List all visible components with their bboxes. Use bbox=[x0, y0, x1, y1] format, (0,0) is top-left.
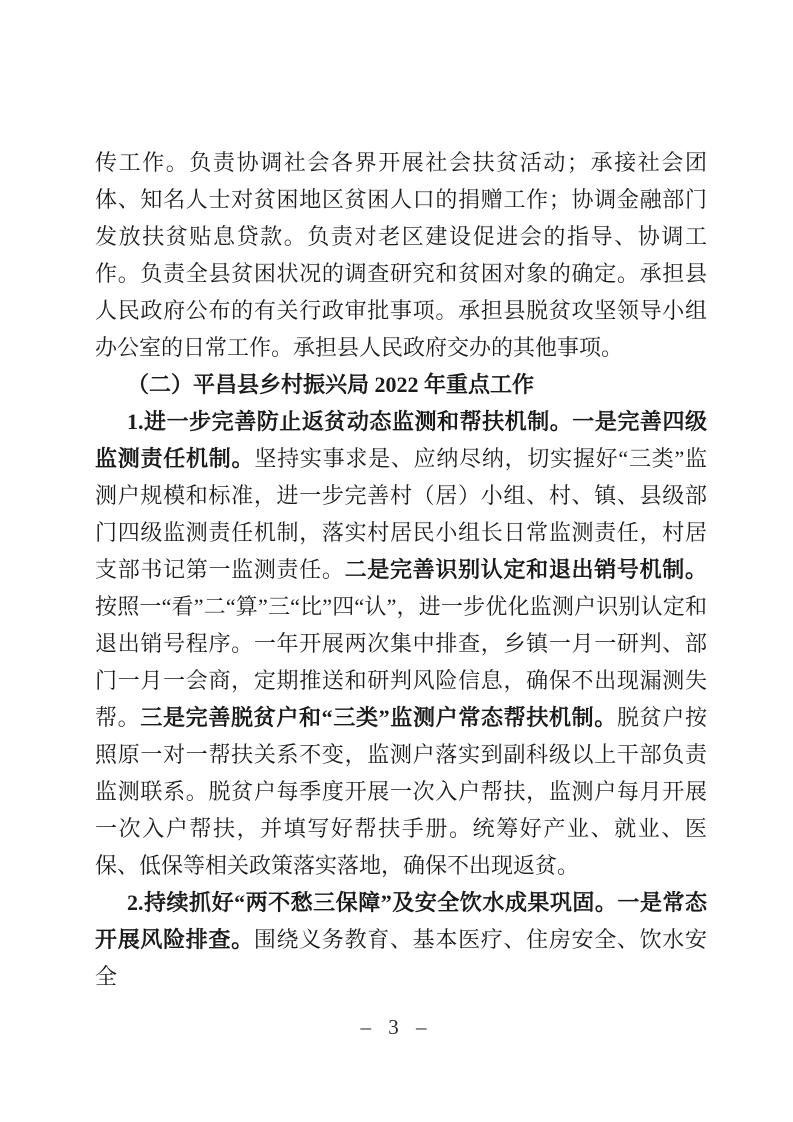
text-run: 二是完善识别认定和退出销号机制。 bbox=[345, 557, 707, 582]
para-key-task-2: 2.持续抓好“两不愁三保障”及安全饮水成果巩固。一是常态开展风险排查。围绕义务教… bbox=[95, 884, 707, 995]
document-page: 传工作。负责协调社会各界开展社会扶贫活动；承接社会团体、知名人士对贫困地区贫困人… bbox=[0, 0, 793, 1122]
text-run: 脱贫户按照原一对一帮扶关系不变，监测户落实到副科级以上干部负责监测联系。脱贫户每… bbox=[95, 705, 707, 878]
document-body: 传工作。负责协调社会各界开展社会扶贫活动；承接社会团体、知名人士对贫困地区贫困人… bbox=[95, 144, 707, 995]
text-run: 传工作。负责协调社会各界开展社会扶贫活动；承接社会团体、知名人士对贫困地区贫困人… bbox=[95, 150, 707, 360]
page-number: – 3 – bbox=[0, 1015, 793, 1040]
para-duties-continuation: 传工作。负责协调社会各界开展社会扶贫活动；承接社会团体、知名人士对贫困地区贫困人… bbox=[95, 144, 707, 366]
text-run: （二）平昌县乡村振兴局 2022 年重点工作 bbox=[127, 372, 534, 397]
para-key-task-1: 1.进一步完善防止返贫动态监测和帮扶机制。一是完善四级监测责任机制。坚持实事求是… bbox=[95, 403, 707, 884]
heading-section-two: （二）平昌县乡村振兴局 2022 年重点工作 bbox=[95, 366, 707, 403]
text-run: 三是完善脱贫户和“三类”监测户常态帮扶机制。 bbox=[140, 705, 617, 730]
